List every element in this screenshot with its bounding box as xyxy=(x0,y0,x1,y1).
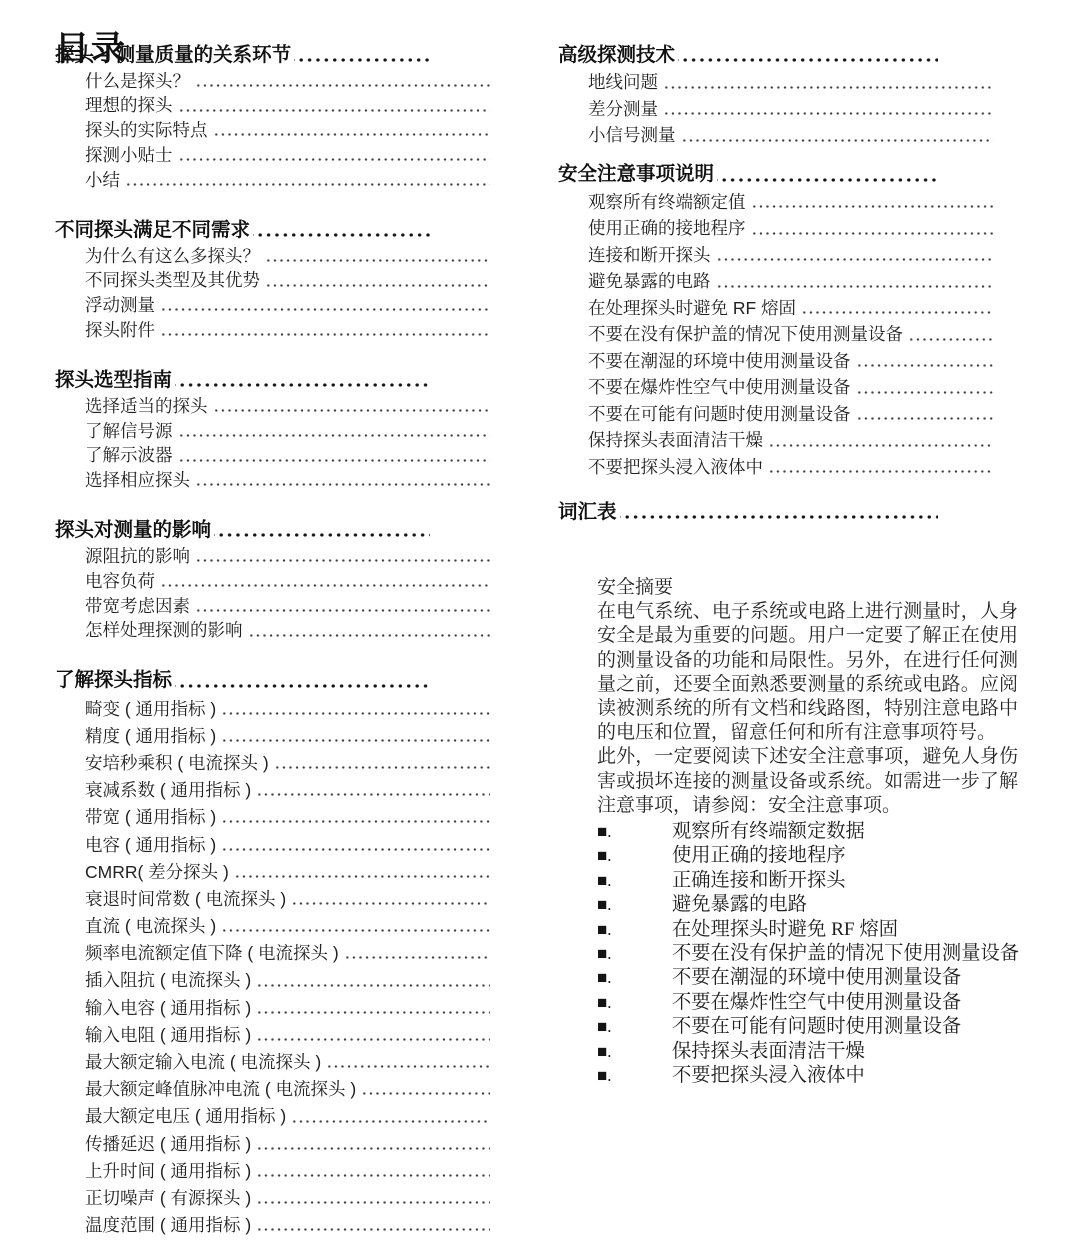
square-bullet-icon: ■. xyxy=(597,1064,672,1088)
dot-leader xyxy=(294,40,430,66)
toc-item: 不同探头类型及其优势 xyxy=(85,266,490,291)
toc-item: 安培秒乘积 ( 电流探头 ) xyxy=(85,746,490,773)
toc-section-heading: 不同探头满足不同需求 xyxy=(55,215,430,241)
toc-item: 小结 xyxy=(85,165,490,190)
dot-leader xyxy=(214,515,430,541)
toc-item: 带宽 ( 通用指标 ) xyxy=(85,800,490,827)
dot-leader xyxy=(679,119,994,146)
toc-section-heading: 探头 – 测量质量的关系环节 xyxy=(55,40,430,66)
toc-item-label: 浮动测量 xyxy=(85,295,158,315)
toc-item: 上升时间 ( 通用指标 ) xyxy=(85,1154,490,1181)
toc-right-column: 高级探测技术地线问题差分测量小信号测量安全注意事项说明观察所有终端额定值使用正确… xyxy=(558,40,995,523)
toc-item: 探测小贴士 xyxy=(85,140,490,165)
toc-page: { "document": { "title": "目录" }, "toc": … xyxy=(0,0,1070,1244)
toc-heading-label: 了解探头指标 xyxy=(55,669,175,691)
toc-item: 温度范围 ( 通用指标 ) xyxy=(85,1208,490,1235)
toc-item: 直流 ( 电流探头 ) xyxy=(85,909,490,936)
dot-leader xyxy=(854,371,994,398)
toc-item-label: 连接和断开探头 xyxy=(588,245,714,265)
toc-item-label: 小结 xyxy=(85,170,123,190)
toc-item-label: 在处理探头时避免 RF 熔固 xyxy=(588,298,799,318)
toc-item: 不要在爆炸性空气中使用测量设备 xyxy=(588,371,993,398)
toc-item: 衰减系数 ( 通用指标 ) xyxy=(85,773,490,800)
dot-leader xyxy=(714,239,994,266)
square-bullet-icon: ■. xyxy=(597,844,672,868)
dot-leader xyxy=(176,140,491,165)
toc-item-label: 不要在潮湿的环境中使用测量设备 xyxy=(588,351,854,371)
toc-section: 安全注意事项说明观察所有终端额定值使用正确的接地程序连接和断开探头避免暴露的电路… xyxy=(558,160,995,478)
toc-item-label: 安培秒乘积 ( 电流探头 ) xyxy=(85,753,272,773)
toc-item: 了解信号源 xyxy=(85,416,490,441)
toc-item-label: CMRR( 差分探头 ) xyxy=(85,862,232,882)
bullet-item-label: 不要在爆炸性空气中使用测量设备 xyxy=(672,991,1018,1015)
toc-item-label: 探头附件 xyxy=(85,320,158,340)
dot-leader xyxy=(123,165,490,190)
toc-item-label: 理想的探头 xyxy=(85,95,176,115)
dot-leader xyxy=(193,466,490,491)
toc-item: 电容 ( 通用指标 ) xyxy=(85,827,490,854)
dot-leader xyxy=(717,160,938,186)
bullet-item: ■.不要在可能有问题时使用测量设备 xyxy=(597,1015,1018,1039)
square-bullet-icon: ■. xyxy=(597,966,672,990)
toc-section: 高级探测技术地线问题差分测量小信号测量 xyxy=(558,40,995,146)
bullet-item: ■.正确连接和断开探头 xyxy=(597,869,1018,893)
bullet-item-label: 在处理探头时避免 RF 熔固 xyxy=(672,918,1018,942)
toc-item-label: 不要在爆炸性空气中使用测量设备 xyxy=(588,377,854,397)
toc-item-label: 插入阻抗 ( 电流探头 ) xyxy=(85,970,254,990)
toc-left-column: 探头 – 测量质量的关系环节什么是探头？理想的探头探头的实际特点探测小贴士小结不… xyxy=(55,40,495,1235)
square-bullet-icon: ■. xyxy=(597,869,672,893)
safety-summary: 安全摘要 在电气系统、电子系统或电路上进行测量时，人身安全是最为重要的问题。用户… xyxy=(597,576,1018,1089)
dot-leader xyxy=(254,1208,490,1235)
toc-item: 理想的探头 xyxy=(85,91,490,116)
bullet-item-label: 使用正确的接地程序 xyxy=(672,844,1018,868)
toc-item-label: 什么是探头？ xyxy=(85,71,193,91)
toc-item-label: 探头的实际特点 xyxy=(85,120,211,140)
toc-item: 保持探头表面清洁干燥 xyxy=(588,424,993,451)
toc-section: 探头选型指南选择适当的探头了解信号源了解示波器选择相应探头 xyxy=(55,365,495,490)
dot-leader xyxy=(324,1045,490,1072)
toc-item-label: 为什么有这么多探头？ xyxy=(85,246,263,266)
toc-section-heading: 安全注意事项说明 xyxy=(558,160,938,186)
toc-item-label: 小信号测量 xyxy=(588,125,679,145)
dot-leader xyxy=(175,365,430,391)
bullet-item: ■.不要在爆炸性空气中使用测量设备 xyxy=(597,991,1018,1015)
toc-section-heading: 了解探头指标 xyxy=(55,666,430,692)
bullet-item: ■.在处理探头时避免 RF 熔固 xyxy=(597,918,1018,942)
safety-summary-paragraph: 在电气系统、电子系统或电路上进行测量时，人身安全是最为重要的问题。用户一定要了解… xyxy=(597,600,1018,745)
dot-leader xyxy=(193,66,490,91)
bullet-item-label: 观察所有终端额定数据 xyxy=(672,820,1018,844)
toc-heading-label: 探头选型指南 xyxy=(55,369,175,391)
toc-section: 探头 – 测量质量的关系环节什么是探头？理想的探头探头的实际特点探测小贴士小结 xyxy=(55,40,495,190)
dot-leader xyxy=(219,827,490,854)
dot-leader xyxy=(749,212,994,239)
toc-item-label: 上升时间 ( 通用指标 ) xyxy=(85,1161,254,1181)
toc-item: 差分测量 xyxy=(588,93,993,120)
toc-item-label: 不要把探头浸入液体中 xyxy=(588,457,766,477)
toc-item: 不要在潮湿的环境中使用测量设备 xyxy=(588,345,993,372)
toc-item: 连接和断开探头 xyxy=(588,239,993,266)
toc-item-label: 精度 ( 通用指标 ) xyxy=(85,726,219,746)
toc-item-label: 最大额定输入电流 ( 电流探头 ) xyxy=(85,1052,324,1072)
dot-leader xyxy=(272,746,490,773)
dot-leader xyxy=(342,936,490,963)
square-bullet-icon: ■. xyxy=(597,893,672,917)
square-bullet-icon: ■. xyxy=(597,942,672,966)
safety-bullet-list: ■.观察所有终端额定数据■.使用正确的接地程序■.正确连接和断开探头■.避免暴露… xyxy=(597,820,1018,1088)
toc-item: CMRR( 差分探头 ) xyxy=(85,855,490,882)
toc-item-label: 避免暴露的电路 xyxy=(588,271,714,291)
dot-leader xyxy=(289,1099,490,1126)
toc-item-label: 选择适当的探头 xyxy=(85,396,211,416)
bullet-item: ■.使用正确的接地程序 xyxy=(597,844,1018,868)
toc-heading-label: 不同探头满足不同需求 xyxy=(55,219,253,241)
toc-item-label: 直流 ( 电流探头 ) xyxy=(85,916,219,936)
toc-item-label: 电容负荷 xyxy=(85,571,158,591)
toc-section: 探头对测量的影响源阻抗的影响电容负荷带宽考虑因素怎样处理探测的影响 xyxy=(55,515,495,640)
dot-leader xyxy=(263,241,490,266)
dot-leader xyxy=(254,1018,490,1045)
toc-section-heading: 探头选型指南 xyxy=(55,365,430,391)
dot-leader xyxy=(359,1072,490,1099)
square-bullet-icon: ■. xyxy=(597,991,672,1015)
dot-leader xyxy=(766,451,993,478)
toc-item-label: 频率电流额定值下降 ( 电流探头 ) xyxy=(85,943,342,963)
dot-leader xyxy=(219,692,490,719)
toc-item: 避免暴露的电路 xyxy=(588,265,993,292)
dot-leader xyxy=(193,591,490,616)
toc-item: 探头附件 xyxy=(85,315,490,340)
dot-leader xyxy=(289,882,490,909)
toc-section: 词汇表 xyxy=(558,497,995,523)
dot-leader xyxy=(158,291,490,316)
toc-item: 浮动测量 xyxy=(85,291,490,316)
bullet-item: ■.不要把探头浸入液体中 xyxy=(597,1064,1018,1088)
toc-item-label: 输入电容 ( 通用指标 ) xyxy=(85,998,254,1018)
dot-leader xyxy=(254,1181,490,1208)
square-bullet-icon: ■. xyxy=(597,1015,672,1039)
dot-leader xyxy=(678,40,938,66)
bullet-item-label: 正确连接和断开探头 xyxy=(672,869,1018,893)
dot-leader xyxy=(254,963,490,990)
dot-leader xyxy=(661,93,993,120)
dot-leader xyxy=(620,497,938,523)
toc-item-label: 畸变 ( 通用指标 ) xyxy=(85,699,219,719)
toc-item-label: 了解示波器 xyxy=(85,445,176,465)
toc-heading-label: 探头对测量的影响 xyxy=(55,519,214,541)
dot-leader xyxy=(854,345,994,372)
bullet-item-label: 不要把探头浸入液体中 xyxy=(672,1064,1018,1088)
toc-item: 地线问题 xyxy=(588,66,993,93)
toc-item: 衰退时间常数 ( 电流探头 ) xyxy=(85,882,490,909)
bullet-item-label: 不要在没有保护盖的情况下使用测量设备 xyxy=(672,942,1019,966)
bullet-item: ■.观察所有终端额定数据 xyxy=(597,820,1018,844)
toc-heading-label: 高级探测技术 xyxy=(558,44,678,66)
toc-item: 了解示波器 xyxy=(85,441,490,466)
dot-leader xyxy=(219,909,490,936)
toc-item: 最大额定峰值脉冲电流 ( 电流探头 ) xyxy=(85,1072,490,1099)
toc-item: 插入阻抗 ( 电流探头 ) xyxy=(85,963,490,990)
square-bullet-icon: ■. xyxy=(597,918,672,942)
toc-item-label: 使用正确的接地程序 xyxy=(588,218,749,238)
bullet-item-label: 避免暴露的电路 xyxy=(672,893,1018,917)
toc-item-label: 选择相应探头 xyxy=(85,470,193,490)
toc-item-label: 了解信号源 xyxy=(85,421,176,441)
bullet-item: ■.不要在没有保护盖的情况下使用测量设备 xyxy=(597,942,1018,966)
toc-item: 输入电容 ( 通用指标 ) xyxy=(85,991,490,1018)
dot-leader xyxy=(906,318,993,345)
dot-leader xyxy=(254,1154,490,1181)
dot-leader xyxy=(714,265,994,292)
toc-item: 不要在可能有问题时使用测量设备 xyxy=(588,398,993,425)
bullet-item: ■.保持探头表面清洁干燥 xyxy=(597,1040,1018,1064)
toc-heading-label: 词汇表 xyxy=(558,501,620,523)
toc-section: 了解探头指标畸变 ( 通用指标 )精度 ( 通用指标 )安培秒乘积 ( 电流探头… xyxy=(55,666,495,1236)
dot-leader xyxy=(254,773,490,800)
toc-section-heading: 探头对测量的影响 xyxy=(55,515,430,541)
toc-item-label: 衰退时间常数 ( 电流探头 ) xyxy=(85,889,289,909)
toc-item-label: 温度范围 ( 通用指标 ) xyxy=(85,1215,254,1235)
toc-item-label: 带宽 ( 通用指标 ) xyxy=(85,807,219,827)
toc-item: 最大额定输入电流 ( 电流探头 ) xyxy=(85,1045,490,1072)
toc-item: 选择相应探头 xyxy=(85,466,490,491)
toc-item-label: 观察所有终端额定值 xyxy=(588,192,749,212)
toc-item: 电容负荷 xyxy=(85,566,490,591)
toc-item: 为什么有这么多探头？ xyxy=(85,241,490,266)
dot-leader xyxy=(158,566,490,591)
dot-leader xyxy=(176,416,491,441)
toc-item-label: 最大额定电压 ( 通用指标 ) xyxy=(85,1106,289,1126)
toc-item-label: 不同探头类型及其优势 xyxy=(85,270,263,290)
dot-leader xyxy=(254,1127,490,1154)
bullet-item: ■.不要在潮湿的环境中使用测量设备 xyxy=(597,966,1018,990)
toc-item: 观察所有终端额定值 xyxy=(588,186,993,213)
toc-item-label: 探测小贴士 xyxy=(85,145,176,165)
toc-item: 传播延迟 ( 通用指标 ) xyxy=(85,1127,490,1154)
dot-leader xyxy=(158,315,490,340)
bullet-item: ■.避免暴露的电路 xyxy=(597,893,1018,917)
toc-section: 不同探头满足不同需求为什么有这么多探头？不同探头类型及其优势浮动测量探头附件 xyxy=(55,215,495,340)
square-bullet-icon: ■. xyxy=(597,1040,672,1064)
toc-item: 什么是探头？ xyxy=(85,66,490,91)
dot-leader xyxy=(766,424,993,451)
toc-item: 使用正确的接地程序 xyxy=(588,212,993,239)
toc-heading-label: 探头 – 测量质量的关系环节 xyxy=(55,44,294,66)
toc-item: 精度 ( 通用指标 ) xyxy=(85,719,490,746)
dot-leader xyxy=(661,66,993,93)
bullet-item-label: 不要在可能有问题时使用测量设备 xyxy=(672,1015,1018,1039)
toc-item: 小信号测量 xyxy=(588,119,993,146)
toc-item-label: 不要在可能有问题时使用测量设备 xyxy=(588,404,854,424)
toc-item: 在处理探头时避免 RF 熔固 xyxy=(588,292,993,319)
safety-summary-heading: 安全摘要 xyxy=(597,576,1018,600)
toc-item-label: 差分测量 xyxy=(588,99,661,119)
dot-leader xyxy=(254,991,490,1018)
dot-leader xyxy=(175,666,430,692)
toc-item-label: 地线问题 xyxy=(588,72,661,92)
toc-item: 最大额定电压 ( 通用指标 ) xyxy=(85,1099,490,1126)
toc-item: 带宽考虑因素 xyxy=(85,591,490,616)
toc-item-label: 源阻抗的影响 xyxy=(85,546,193,566)
toc-section-heading: 高级探测技术 xyxy=(558,40,938,66)
toc-item: 畸变 ( 通用指标 ) xyxy=(85,692,490,719)
toc-item: 输入电阻 ( 通用指标 ) xyxy=(85,1018,490,1045)
bullet-item-label: 保持探头表面清洁干燥 xyxy=(672,1040,1018,1064)
toc-item-label: 传播延迟 ( 通用指标 ) xyxy=(85,1134,254,1154)
dot-leader xyxy=(176,441,491,466)
dot-leader xyxy=(232,855,490,882)
toc-item: 选择适当的探头 xyxy=(85,391,490,416)
toc-item-label: 带宽考虑因素 xyxy=(85,596,193,616)
dot-leader xyxy=(219,719,490,746)
dot-leader xyxy=(246,616,491,641)
dot-leader xyxy=(854,398,994,425)
dot-leader xyxy=(211,391,491,416)
safety-summary-paragraph: 此外，一定要阅读下述安全注意事项，避免人身伤害或损坏连接的测量设备或系统。如需进… xyxy=(597,745,1018,818)
toc-item: 不要把探头浸入液体中 xyxy=(588,451,993,478)
dot-leader xyxy=(211,116,491,141)
dot-leader xyxy=(253,215,430,241)
dot-leader xyxy=(176,91,491,116)
toc-heading-label: 安全注意事项说明 xyxy=(558,163,717,185)
toc-item-label: 电容 ( 通用指标 ) xyxy=(85,835,219,855)
toc-section-heading: 词汇表 xyxy=(558,497,938,523)
square-bullet-icon: ■. xyxy=(597,820,672,844)
toc-item: 正切噪声 ( 有源探头 ) xyxy=(85,1181,490,1208)
dot-leader xyxy=(749,186,994,213)
bullet-item-label: 不要在潮湿的环境中使用测量设备 xyxy=(672,966,1018,990)
toc-item-label: 衰减系数 ( 通用指标 ) xyxy=(85,780,254,800)
toc-item-label: 输入电阻 ( 通用指标 ) xyxy=(85,1025,254,1045)
toc-item-label: 不要在没有保护盖的情况下使用测量设备 xyxy=(588,324,906,344)
toc-item: 不要在没有保护盖的情况下使用测量设备 xyxy=(588,318,993,345)
toc-item: 探头的实际特点 xyxy=(85,116,490,141)
toc-item-label: 怎样处理探测的影响 xyxy=(85,620,246,640)
dot-leader xyxy=(219,800,490,827)
dot-leader xyxy=(263,266,490,291)
toc-item-label: 正切噪声 ( 有源探头 ) xyxy=(85,1188,254,1208)
dot-leader xyxy=(193,541,490,566)
toc-item: 频率电流额定值下降 ( 电流探头 ) xyxy=(85,936,490,963)
toc-item-label: 最大额定峰值脉冲电流 ( 电流探头 ) xyxy=(85,1079,359,1099)
toc-item-label: 保持探头表面清洁干燥 xyxy=(588,430,766,450)
dot-leader xyxy=(799,292,993,319)
toc-item: 源阻抗的影响 xyxy=(85,541,490,566)
toc-item: 怎样处理探测的影响 xyxy=(85,616,490,641)
